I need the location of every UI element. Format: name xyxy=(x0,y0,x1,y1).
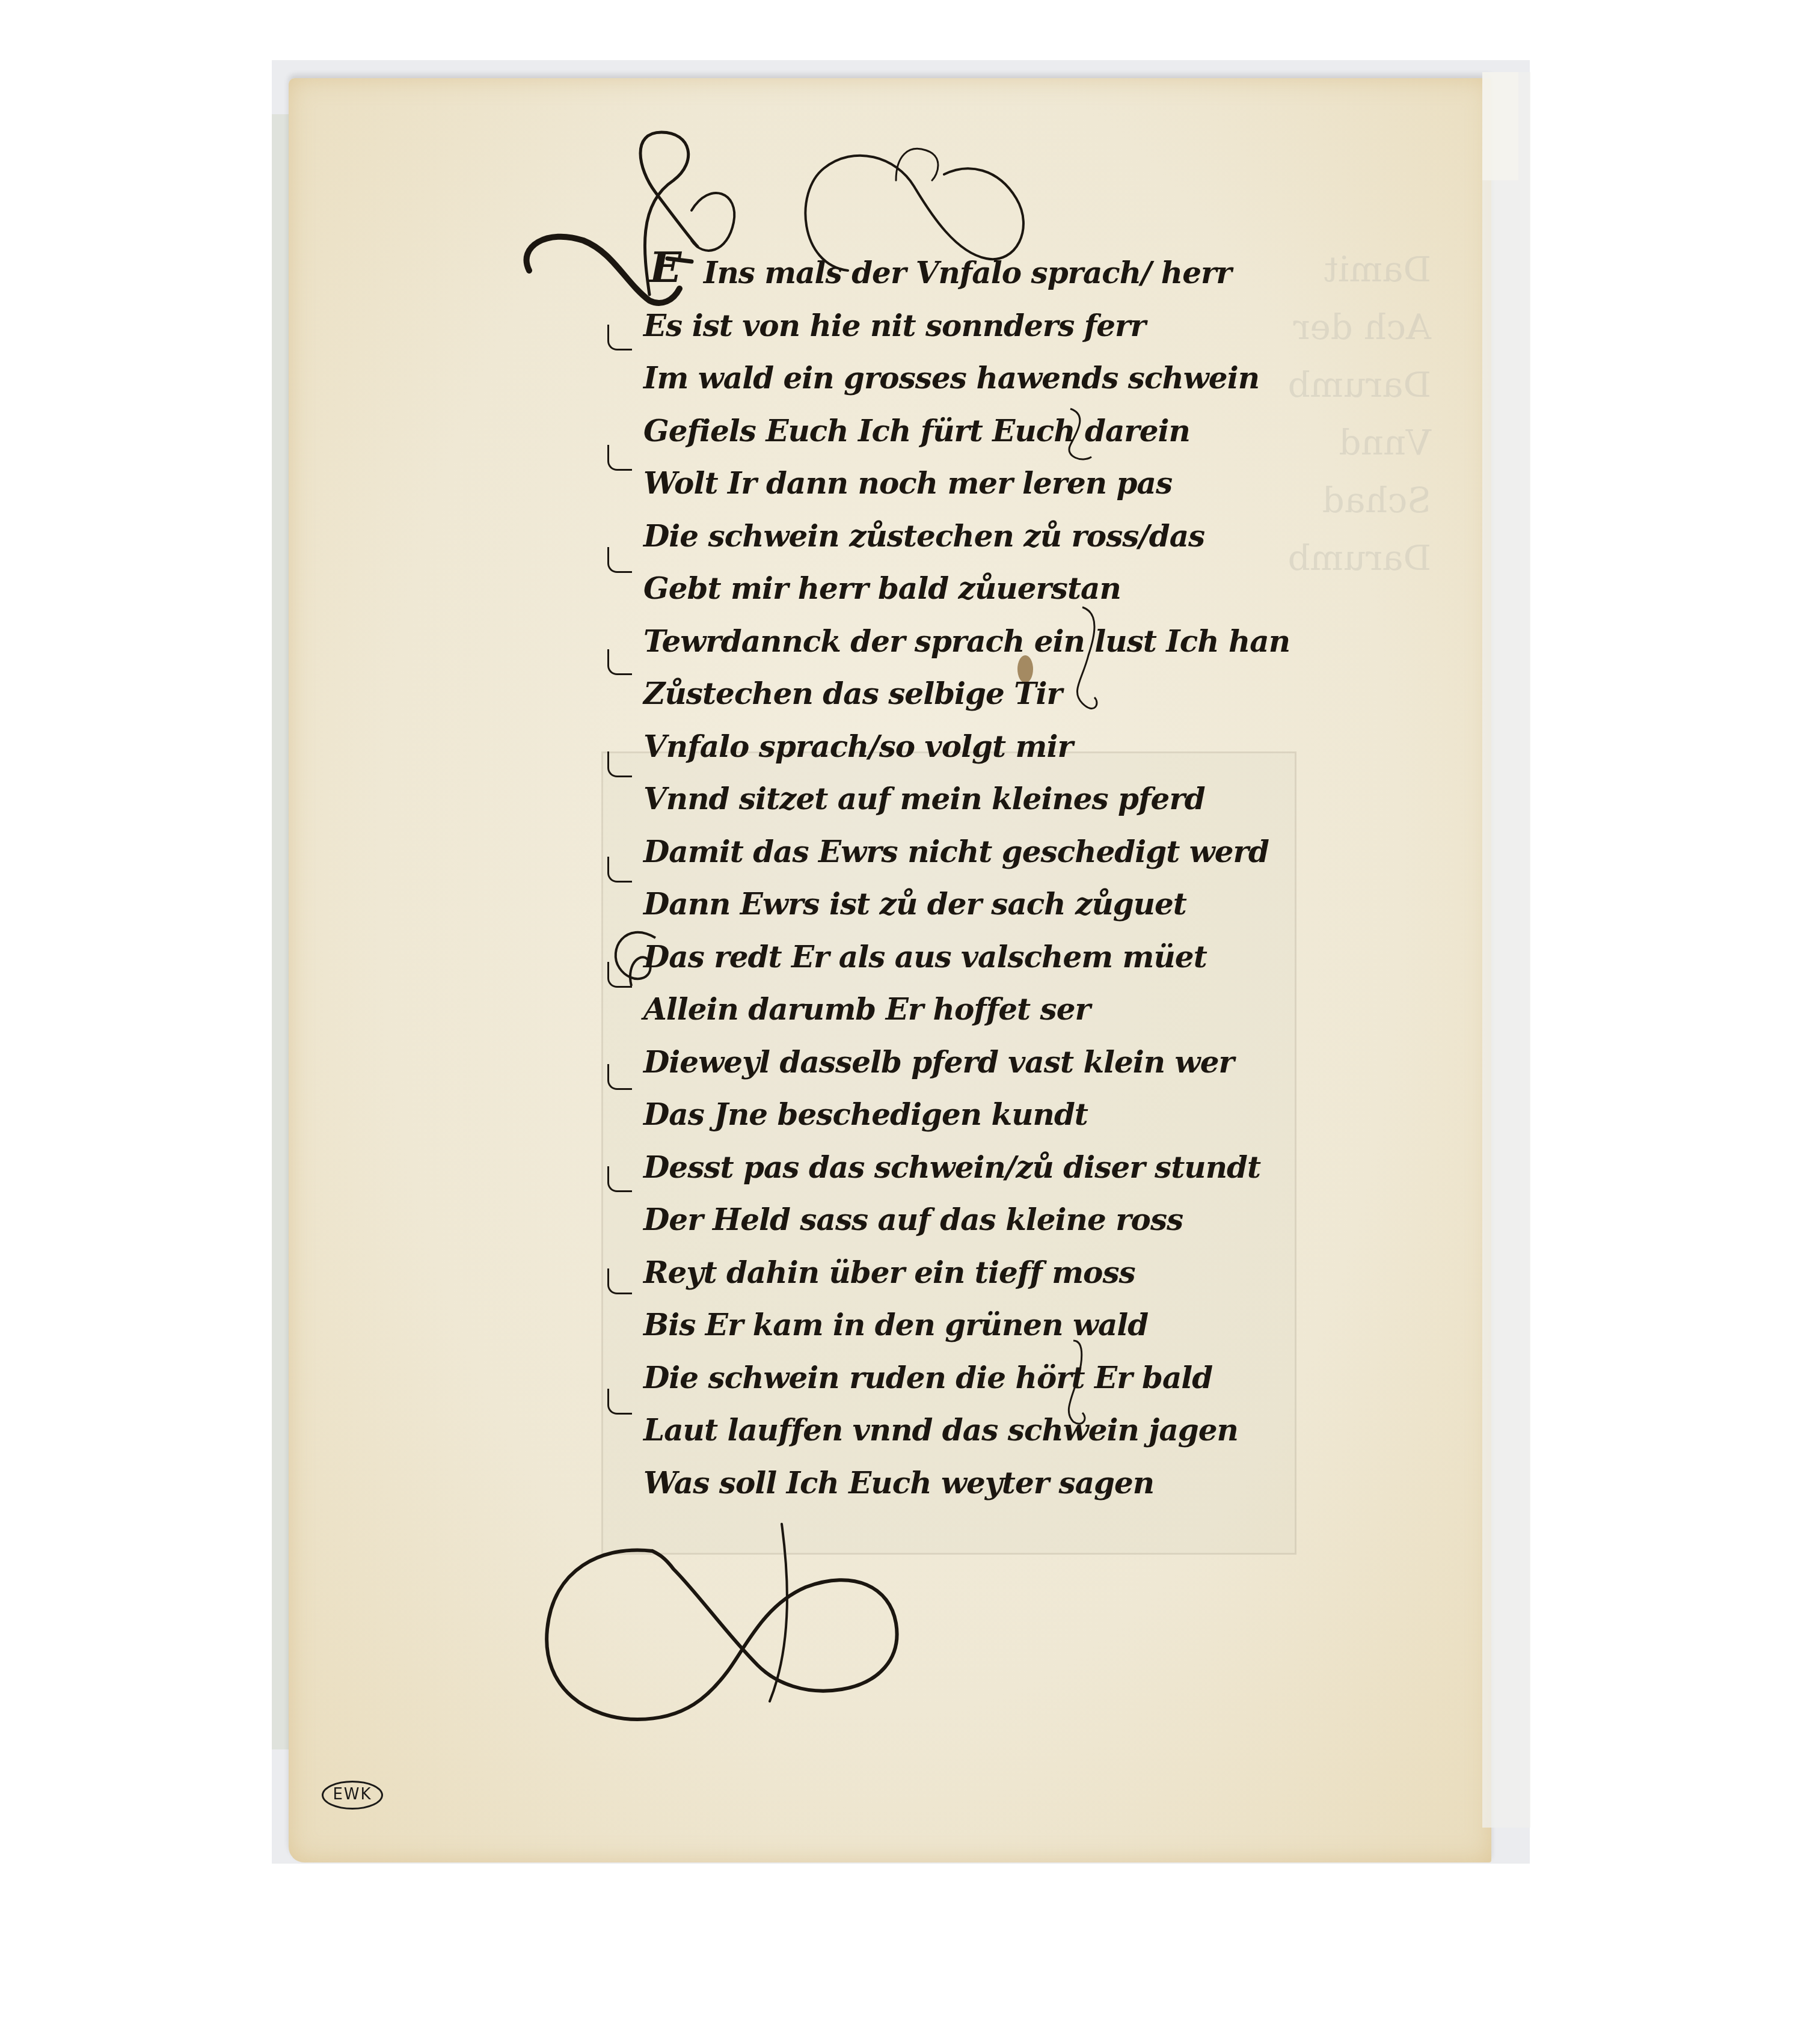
verse-line: Dieweyl dasselb pferd vast klein wer xyxy=(643,1036,1137,1089)
verse-line: Gefiels Euch Ich fürt Euch darein xyxy=(643,405,1137,457)
verse-line: Reyt dahin über ein tieff moss xyxy=(643,1246,1137,1299)
margin-bracket xyxy=(607,1064,632,1090)
verse-line: Es ist von hie nit sonnders ferr xyxy=(643,299,1137,352)
verse-line: Vnfalo sprach/so volgt mir xyxy=(643,720,1137,773)
verse-line: Das Jne beschedigen kundt xyxy=(643,1088,1137,1141)
verse-line: Vnnd sitzet auf mein kleines pferd xyxy=(643,773,1137,825)
verse-line: Der Held sass auf das kleine ross xyxy=(643,1193,1137,1246)
verse-line: Das redt Er als aus valschem müet xyxy=(643,931,1137,984)
verse-line: Die schwein ruden die hört Er bald xyxy=(643,1351,1137,1404)
margin-bracket xyxy=(607,325,632,350)
verse-line: Tewrdannck der sprach ein lust Ich han xyxy=(643,615,1137,668)
verse-line: Die schwein zůstechen zů ross/das xyxy=(643,510,1137,563)
verse-line: Damit das Ewrs nicht geschedigt werd xyxy=(643,825,1137,878)
verse-line: Gebt mir herr bald zůuerstan xyxy=(643,562,1137,615)
verse-line: Bis Er kam in den grünen wald xyxy=(643,1299,1137,1351)
margin-bracket xyxy=(607,1268,632,1294)
verse-line: Allein darumb Er hoffet ser xyxy=(643,983,1137,1036)
verse-line: Wolt Ir dann noch mer leren pas xyxy=(643,457,1137,510)
margin-bracket xyxy=(607,857,632,883)
verse-line: Ins mals der Vnfalo sprach/ herr xyxy=(643,246,1137,299)
verse-line: Laut lauffen vnnd das schwein jagen xyxy=(643,1404,1137,1457)
verse-line: Was soll Ich Euch weyter sagen xyxy=(643,1457,1137,1510)
margin-bracket xyxy=(607,649,632,675)
bottom-flourish-icon xyxy=(529,1521,1131,1737)
verse-block: Ins mals der Vnfalo sprach/ herr Es ist … xyxy=(643,246,1137,1509)
margin-bracket xyxy=(607,751,632,777)
verse-line: Im wald ein grosses hawends schwein xyxy=(643,352,1137,405)
collector-stamp: EWK xyxy=(322,1781,383,1810)
margin-bracket xyxy=(607,1166,632,1192)
verse-line: Desst pas das schwein/zů diser stundt xyxy=(643,1141,1137,1194)
mount-strip xyxy=(272,114,289,1749)
margin-bracket xyxy=(607,1389,632,1415)
margin-bracket xyxy=(607,445,632,471)
verse-line: Zůstechen das selbige Tir xyxy=(643,667,1137,720)
hinge-tape-top xyxy=(1482,72,1518,180)
hinge-tape xyxy=(1482,72,1530,1828)
margin-bracket xyxy=(607,547,632,573)
verse-line: Dann Ewrs ist zů der sach zůguet xyxy=(643,878,1137,931)
